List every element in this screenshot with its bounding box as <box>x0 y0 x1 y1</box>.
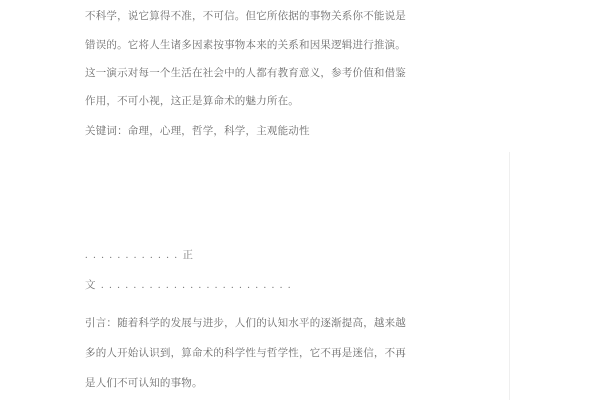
paragraph-line: 作用，不可小视，这正是算命术的魅力所在。 <box>85 93 515 108</box>
paragraph-line: 这一演示对每一个生活在社会中的人都有教育意义，参考价值和借鉴 <box>85 65 515 80</box>
paragraph-line: 是人们不可认知的事物。 <box>85 375 515 390</box>
paragraph-line: 错误的。它将人生诸多因素按事物本来的关系和因果逻辑进行推演。 <box>85 37 515 52</box>
document-page: 不科学，说它算得不准，不可信。但它所依据的事物关系你不能说是 错误的。它将人生诸… <box>0 0 600 400</box>
paragraph-line: 多的人开始认识到，算命术的科学性与哲学性，它不再是迷信，不再 <box>85 345 515 360</box>
dot-leader-line: 文........................ <box>85 277 515 292</box>
paragraph-line: 不科学，说它算得不准，不可信。但它所依据的事物关系你不能说是 <box>85 8 515 23</box>
page-edge-divider <box>509 152 510 400</box>
keywords-line: 关键词：命理，心理，哲学，科学，主观能动性 <box>85 123 515 138</box>
dot-leader-line: ............正 <box>85 247 515 262</box>
intro-line: 引言：随着科学的发展与进步，人们的认知水平的逐渐提高，越来越 <box>85 315 515 330</box>
